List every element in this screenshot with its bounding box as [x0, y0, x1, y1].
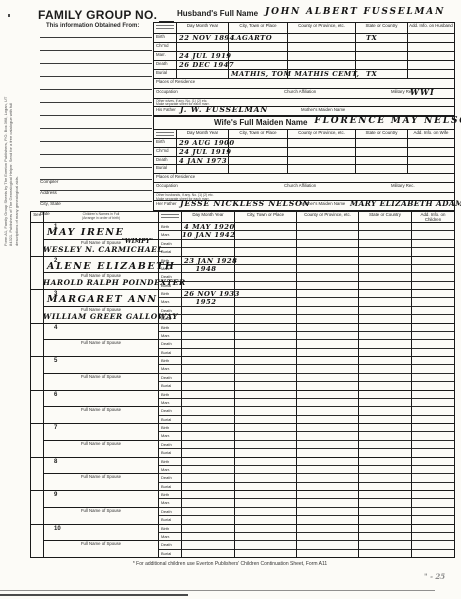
marriage-label: Marr.	[159, 297, 181, 305]
scan-artifact-dot	[8, 14, 10, 17]
source-line	[40, 128, 152, 129]
occupation-label: Occupation	[154, 183, 178, 192]
child-county-column	[296, 525, 358, 558]
col-head-date: Day Month Year	[176, 23, 228, 33]
child-burial-date-cell	[182, 381, 234, 389]
christened-label: Chr'nd	[154, 43, 176, 49]
birth-label: Birth	[159, 525, 181, 532]
child-death-date-cell	[182, 507, 234, 515]
empty-cell	[297, 498, 358, 506]
child-spouse-cell: Full Name of Spouse	[44, 540, 158, 557]
child-burial-date-cell	[182, 247, 234, 255]
wife-mother-handwritten: MARY ELIZABETH ADAMS	[350, 199, 461, 208]
child-spouse-cell: Full Name of Spouse HAROLD RALPH POINDEX…	[44, 272, 158, 289]
child-death-date-cell	[182, 306, 234, 314]
empty-cell	[412, 230, 454, 238]
birth-label: Birth	[154, 139, 176, 145]
husband-name-handwritten: JOHN ALBERT FUSSELMAN	[265, 7, 445, 22]
husband-marriage-row: Marr. 24 JUL 1919	[154, 51, 454, 60]
empty-cell	[235, 324, 296, 331]
children-names-col-head: Children's Names in Full (Arrange in ord…	[43, 212, 158, 222]
col-head-date: Day Month Year	[181, 212, 234, 222]
empty-cell	[297, 507, 358, 515]
empty-cell	[235, 424, 296, 431]
child-name-cell: 5	[44, 357, 158, 373]
empty-cell	[235, 448, 296, 456]
empty-cell	[359, 458, 411, 465]
empty-cell	[235, 398, 296, 406]
child-name-cell: 3 MARGARET ANN	[44, 290, 158, 306]
continuation-footnote: * For additional children use Everton Pu…	[30, 561, 430, 567]
child-spouse-handwritten: WESLEY N. CARMICHAEL	[43, 245, 163, 254]
child-sex-cell	[31, 424, 43, 457]
child-addinfo-column	[411, 491, 454, 524]
child-date-column: 23 JAN 1928 1948	[181, 257, 234, 290]
col-head-addinfo: Add. Info. on Children	[411, 212, 454, 222]
child-burial-date-cell	[182, 314, 234, 322]
source-line	[40, 89, 152, 90]
empty-cell	[297, 398, 358, 406]
col-head-city: City, Town or Place	[234, 212, 296, 222]
marriage-label: Marr.	[159, 364, 181, 372]
empty-cell	[235, 373, 296, 381]
child-name-spouse-column: 10 Full Name of Spouse	[43, 525, 158, 558]
empty-cell	[235, 431, 296, 439]
source-line	[40, 76, 152, 77]
empty-cell	[235, 281, 296, 289]
mothers-maiden-name-label: Mother's Maiden Name	[301, 202, 345, 207]
empty-cell	[297, 239, 358, 247]
empty-cell	[297, 373, 358, 381]
empty-cell	[235, 272, 296, 280]
wife-father-row: Her Father JESSE NICKLESS NELSON Mother'…	[154, 200, 454, 210]
child-marriage-date-cell	[182, 498, 234, 506]
empty-cell	[412, 339, 454, 347]
empty-cell	[297, 290, 358, 297]
child-county-column	[296, 424, 358, 457]
child-name-spouse-column: 5 Full Name of Spouse	[43, 357, 158, 390]
child-marriage-date-cell: 1948	[182, 264, 234, 272]
burial-label: Burial	[159, 448, 181, 456]
child-name-cell: 10	[44, 525, 158, 541]
birth-label: Birth	[159, 324, 181, 331]
wife-death-date: 4 JAN 1973	[179, 157, 227, 165]
husband-header-row: Day Month Year City, Town or Place Count…	[154, 23, 454, 33]
empty-cell	[235, 257, 296, 264]
child-number: 5	[54, 358, 158, 364]
empty-cell	[412, 272, 454, 280]
empty-cell	[412, 406, 454, 414]
empty-cell	[297, 473, 358, 481]
empty-cell	[297, 406, 358, 414]
empty-cell	[235, 247, 296, 255]
child-burial-date-cell	[182, 448, 234, 456]
empty-cell	[359, 532, 411, 540]
child-burial-date-cell	[182, 281, 234, 289]
empty-cell	[235, 239, 296, 247]
marriage-label: Marr.	[159, 398, 181, 406]
scan-artifact-line	[0, 590, 435, 591]
child-name-spouse-column: 4 Full Name of Spouse	[43, 324, 158, 357]
child-record: 10 Full Name of Spouse Birth Marr. Death…	[31, 524, 454, 558]
empty-cell	[297, 424, 358, 431]
illegible-microtext-cell	[154, 23, 176, 33]
child-date-column	[181, 324, 234, 357]
child-birth-date-cell	[182, 324, 234, 331]
child-number: 7	[54, 425, 158, 431]
child-marriage-date-cell	[182, 465, 234, 473]
child-name-cell: 9	[44, 491, 158, 507]
full-name-of-spouse-label: Full Name of Spouse	[44, 340, 158, 346]
microtext-line	[156, 132, 174, 133]
empty-cell	[297, 357, 358, 364]
empty-cell	[297, 465, 358, 473]
empty-cell	[412, 290, 454, 297]
child-state-column	[358, 424, 411, 457]
child-date-column: 4 MAY 1920 10 JAN 1942	[181, 223, 234, 256]
empty-cell	[359, 272, 411, 280]
child-city-column	[234, 257, 296, 290]
child-name-spouse-column: 3 MARGARET ANN Full Name of Spouse WILLI…	[43, 290, 158, 323]
child-name-cell: 6	[44, 391, 158, 407]
child-birth-date-cell	[182, 458, 234, 465]
empty-cell	[297, 532, 358, 540]
empty-cell	[235, 297, 296, 305]
marriage-label: Marr.	[159, 331, 181, 339]
death-label: Death	[159, 440, 181, 448]
military-rec-label: Military Rec.	[391, 184, 415, 189]
places-of-residence-label: Places of Residence	[154, 174, 195, 182]
husband-birth-date: 22 NOV 1894	[179, 34, 235, 42]
empty-cell	[235, 415, 296, 423]
sex-col-head: Sex	[31, 212, 43, 222]
source-line	[40, 141, 152, 142]
child-death-date-cell	[182, 339, 234, 347]
empty-cell	[235, 331, 296, 339]
full-name-of-spouse-label: Full Name of Spouse	[44, 541, 158, 547]
empty-cell	[412, 458, 454, 465]
empty-cell	[235, 357, 296, 364]
child-county-column	[296, 458, 358, 491]
wife-father-handwritten: JESSE NICKLESS NELSON	[180, 199, 310, 208]
child-state-column	[358, 391, 411, 424]
church-affiliation-label: Church Affiliation	[284, 184, 316, 189]
empty-cell	[297, 440, 358, 448]
empty-cell	[359, 498, 411, 506]
child-name-handwritten: ALENE ELIZABETH	[47, 261, 176, 272]
child-birth-date-cell: 26 NOV 1933	[182, 290, 234, 297]
wife-birth-date: 29 AUG 1900	[179, 139, 235, 147]
child-addinfo-column	[411, 458, 454, 491]
child-spouse-note-handwritten: "WIMPY"	[122, 238, 153, 245]
husband-marriage-date: 24 JUL 1919	[179, 52, 232, 60]
empty-cell	[412, 482, 454, 490]
child-marriage-date-cell: 10 JAN 1942	[182, 230, 234, 238]
child-birth-date-cell: 4 MAY 1920	[182, 223, 234, 230]
child-city-column	[234, 223, 296, 256]
child-sex-cell	[31, 491, 43, 524]
child-city-column	[234, 357, 296, 390]
husband-birth-row: Birth 22 NOV 1894 LAGARTO TX	[154, 33, 454, 42]
child-state-column	[358, 491, 411, 524]
husband-birth-city: LAGARTO	[231, 34, 272, 42]
child-marriage-date-cell: 1952	[182, 297, 234, 305]
empty-cell	[235, 223, 296, 230]
empty-cell	[412, 398, 454, 406]
child-sex-cell	[31, 223, 43, 256]
child-death-date-cell	[182, 540, 234, 548]
child-sex-cell	[31, 525, 43, 558]
child-state-column	[358, 223, 411, 256]
source-line	[40, 154, 152, 155]
empty-cell	[359, 448, 411, 456]
death-label: Death	[159, 339, 181, 347]
compiler-row: Address	[40, 181, 152, 191]
child-spouse-cell: Full Name of Spouse WILLIAM GREER GALLOW…	[44, 306, 158, 323]
child-county-column	[296, 223, 358, 256]
child-name-cell: 4	[44, 324, 158, 340]
child-date-column	[181, 424, 234, 457]
compiler-row: Compiler	[40, 170, 152, 180]
child-name-handwritten: MAY IRENE	[47, 227, 124, 238]
child-date-column	[181, 357, 234, 390]
child-sex-cell	[31, 458, 43, 491]
col-head-county: County or Province, etc.	[296, 212, 358, 222]
empty-cell	[359, 525, 411, 532]
empty-cell	[297, 515, 358, 523]
empty-cell	[359, 230, 411, 238]
empty-cell	[412, 415, 454, 423]
child-burial-date-cell	[182, 348, 234, 356]
empty-cell	[235, 406, 296, 414]
empty-cell	[297, 491, 358, 498]
col-head-state: State or Country	[355, 23, 407, 33]
child-name-spouse-column: 7 Full Name of Spouse	[43, 424, 158, 457]
child-marriage-date-cell	[182, 398, 234, 406]
empty-cell	[359, 424, 411, 431]
source-line	[40, 37, 152, 38]
empty-cell	[359, 357, 411, 364]
burial-label: Burial	[159, 348, 181, 356]
child-burial-date-cell	[182, 482, 234, 490]
child-spouse-handwritten: HAROLD RALPH POINDEXTER	[43, 278, 186, 287]
empty-cell	[235, 440, 296, 448]
empty-cell	[235, 515, 296, 523]
empty-cell	[297, 458, 358, 465]
empty-cell	[359, 331, 411, 339]
empty-cell	[412, 324, 454, 331]
husband-occupation-row: Occupation Church Affiliation Military R…	[154, 88, 454, 98]
child-city-column	[234, 324, 296, 357]
empty-cell	[235, 532, 296, 540]
husband-residence-row: Places of Residence	[154, 78, 454, 88]
child-county-column	[296, 391, 358, 424]
empty-cell	[297, 306, 358, 314]
empty-cell	[412, 357, 454, 364]
empty-cell	[297, 540, 358, 548]
occupation-label: Occupation	[154, 89, 178, 98]
child-record: 4 Full Name of Spouse Birth Marr. Death …	[31, 323, 454, 357]
empty-cell	[412, 364, 454, 372]
empty-cell	[359, 406, 411, 414]
burial-label: Burial	[154, 165, 176, 171]
empty-cell	[412, 239, 454, 247]
birth-label: Birth	[159, 391, 181, 398]
birth-label: Birth	[159, 458, 181, 465]
empty-cell	[412, 257, 454, 264]
child-county-column	[296, 290, 358, 323]
empty-cell	[412, 473, 454, 481]
source-line	[40, 167, 152, 168]
empty-cell	[359, 540, 411, 548]
wife-title-row: Wife's Full Maiden Name FLORENCE MAY NEL…	[154, 116, 454, 129]
child-date-column: 26 NOV 1933 1952	[181, 290, 234, 323]
child-date-column	[181, 491, 234, 524]
full-name-of-spouse-label: Full Name of Spouse	[44, 474, 158, 480]
child-city-column	[234, 391, 296, 424]
empty-cell	[297, 314, 358, 322]
family-group-no-label: FAMILY GROUP NO.	[38, 8, 157, 22]
child-state-column	[358, 525, 411, 558]
child-burial-date-cell	[182, 549, 234, 557]
col-head-county: County or Province, etc.	[287, 130, 355, 138]
child-state-column	[358, 290, 411, 323]
empty-cell	[412, 348, 454, 356]
child-name-spouse-column: 8 Full Name of Spouse	[43, 458, 158, 491]
child-record: 1 MAY IRENE Full Name of Spouse "WIMPY" …	[31, 222, 454, 256]
wife-table: Wife's Full Maiden Name FLORENCE MAY NEL…	[153, 115, 455, 211]
child-spouse-cell: Full Name of Spouse	[44, 440, 158, 457]
empty-cell	[359, 364, 411, 372]
empty-cell	[412, 223, 454, 230]
death-label: Death	[154, 61, 176, 67]
page-mark-handwritten: " - 25	[424, 572, 445, 581]
child-record: 7 Full Name of Spouse Birth Marr. Death …	[31, 423, 454, 457]
wife-christened-row: Chr'nd 24 JUL 1919	[154, 147, 454, 156]
microtext-line	[156, 28, 174, 29]
empty-cell	[412, 540, 454, 548]
empty-cell	[359, 348, 411, 356]
child-sex-cell	[31, 391, 43, 424]
child-addinfo-column	[411, 525, 454, 558]
empty-cell	[412, 549, 454, 557]
child-name-cell: 2 ALENE ELIZABETH	[44, 257, 158, 273]
child-name-cell: 1 MAY IRENE	[44, 223, 158, 239]
empty-cell	[235, 348, 296, 356]
obtained-from-label: This information Obtained From:	[46, 23, 139, 29]
empty-cell	[412, 440, 454, 448]
empty-cell	[359, 324, 411, 331]
child-state-column	[358, 324, 411, 357]
child-spouse-cell: Full Name of Spouse	[44, 373, 158, 390]
child-addinfo-column	[411, 424, 454, 457]
empty-cell	[235, 491, 296, 498]
col-head-addinfo: Add. Info. on Husband	[407, 23, 454, 33]
marriage-label: Marr.	[159, 498, 181, 506]
husband-father-handwritten: J. W. FUSSELMAN	[180, 105, 268, 114]
birth-label: Birth	[159, 223, 181, 230]
empty-cell	[235, 391, 296, 398]
scan-artifact-line	[0, 594, 188, 596]
compiler-row: City, State	[40, 192, 152, 202]
child-state-column	[358, 257, 411, 290]
empty-cell	[359, 465, 411, 473]
husband-military-handwritten: WWI	[410, 87, 435, 97]
empty-cell	[297, 264, 358, 272]
child-death-date-cell	[182, 239, 234, 247]
child-date-column	[181, 458, 234, 491]
empty-cell	[412, 264, 454, 272]
marriage-label: Marr.	[159, 431, 181, 439]
child-number: 10	[54, 526, 158, 532]
child-row-labels: Birth Marr. Death Burial	[158, 424, 181, 457]
empty-cell	[297, 247, 358, 255]
child-date-column	[181, 525, 234, 558]
empty-cell	[235, 364, 296, 372]
husband-birth-state: TX	[366, 34, 377, 42]
empty-cell	[359, 391, 411, 398]
husband-burial-state: TX	[366, 70, 377, 78]
child-number: 8	[54, 459, 158, 465]
child-number: 9	[54, 492, 158, 498]
empty-cell	[412, 507, 454, 515]
empty-cell	[297, 431, 358, 439]
death-label: Death	[159, 507, 181, 515]
child-addinfo-column	[411, 290, 454, 323]
child-row-labels: Birth Marr. Death Burial	[158, 391, 181, 424]
birth-label: Birth	[159, 424, 181, 431]
child-death-date-cell	[182, 272, 234, 280]
child-burial-date-cell	[182, 515, 234, 523]
illegible-microtext-cell	[158, 212, 181, 222]
wife-death-row: Death 4 JAN 1973	[154, 156, 454, 165]
empty-cell	[359, 306, 411, 314]
children-table: Sex Children's Names in Full (Arrange in…	[30, 211, 455, 558]
empty-cell	[412, 515, 454, 523]
christened-label: Chr'nd	[154, 148, 176, 154]
mothers-maiden-name-label: Mother's Maiden Name	[301, 108, 345, 113]
empty-cell	[235, 465, 296, 473]
empty-cell	[297, 391, 358, 398]
full-name-of-spouse-label: Full Name of Spouse	[44, 508, 158, 514]
child-addinfo-column	[411, 357, 454, 390]
child-addinfo-column	[411, 257, 454, 290]
empty-cell	[235, 498, 296, 506]
burial-label: Burial	[159, 515, 181, 523]
empty-cell	[235, 525, 296, 532]
child-row-labels: Birth Marr. Death Burial	[158, 491, 181, 524]
child-record: 2 ALENE ELIZABETH Full Name of Spouse HA…	[31, 256, 454, 290]
empty-cell	[359, 297, 411, 305]
empty-cell	[359, 247, 411, 255]
empty-cell	[297, 297, 358, 305]
source-line	[40, 63, 152, 64]
wife-birth-row: Birth 29 AUG 1900	[154, 138, 454, 147]
empty-cell	[235, 230, 296, 238]
empty-cell	[359, 223, 411, 230]
empty-cell	[359, 314, 411, 322]
marriage-label: Marr.	[154, 52, 176, 58]
empty-cell	[412, 306, 454, 314]
child-county-column	[296, 324, 358, 357]
wife-name-handwritten: FLORENCE MAY NELSON	[314, 116, 461, 129]
burial-label: Burial	[159, 415, 181, 423]
empty-cell	[297, 281, 358, 289]
child-record: 6 Full Name of Spouse Birth Marr. Death …	[31, 390, 454, 424]
child-burial-date-cell	[182, 415, 234, 423]
empty-cell	[359, 381, 411, 389]
child-city-column	[234, 424, 296, 457]
